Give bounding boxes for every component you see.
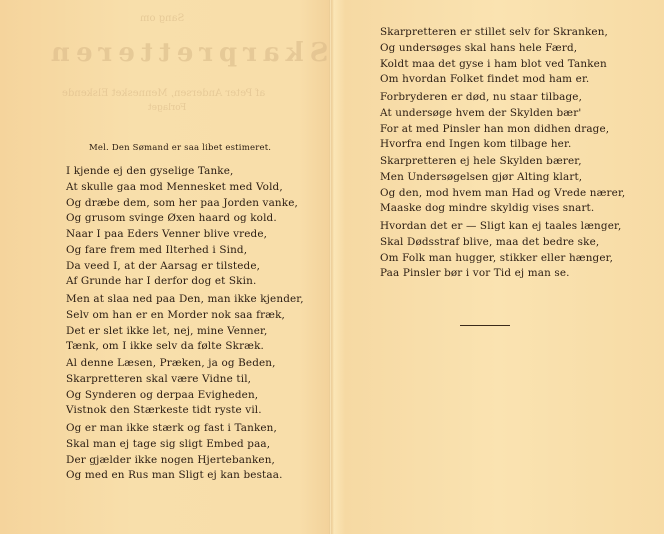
right-stanza-4: Hvordan det er — Sligt kan ej taales læn…	[380, 219, 621, 282]
melody-note: Mel. Den Sømand er saa libet estimeret.	[89, 143, 271, 153]
bleed-through-subtitle: af Peter Andersen, Mennesket Elskende	[62, 88, 265, 99]
stanza-3: Men at slaa ned paa Den, man ikke kjende…	[66, 292, 304, 355]
verse-line: Og fare frem med Ilterhed i Sind,	[66, 243, 267, 259]
verse-line: Der gjælder ikke nogen Hjertebanken,	[66, 453, 283, 469]
right-stanza-3: Skarpretteren ej hele Skylden bærer, Men…	[380, 154, 625, 217]
verse-line: Forbryderen er død, nu staar tilbage,	[380, 90, 609, 106]
verse-line: Da veed I, at der Aarsag er tilstede,	[66, 259, 267, 275]
verse-line: Og undersøges skal hans hele Færd,	[380, 41, 608, 57]
verse-line: Koldt maa det gyse i ham blot ved Tanken	[380, 57, 608, 73]
right-stanza-1: Skarpretteren er stillet selv for Skrank…	[380, 25, 608, 88]
verse-line: Og er man ikke stærk og fast i Tanken,	[66, 421, 283, 437]
verse-line: At skulle gaa mod Mennesket med Vold,	[66, 180, 298, 196]
stanza-2: Naar I paa Eders Venner blive vrede, Og …	[66, 227, 267, 290]
bleed-through-small: Sang om	[140, 13, 184, 24]
verse-line: Om Folk man hugger, stikker eller hænger…	[380, 251, 621, 267]
stanza-4: Al denne Læsen, Præken, ja og Beden, Ska…	[66, 356, 276, 419]
verse-line: Naar I paa Eders Venner blive vrede,	[66, 227, 267, 243]
verse-line: Og dræbe dem, som her paa Jorden vanke,	[66, 196, 298, 212]
verse-line: Tænk, om I ikke selv da følte Skræk.	[66, 339, 304, 355]
verse-line: Vistnok den Stærkeste tidt ryste vil.	[66, 403, 276, 419]
verse-line: Skal Dødsstraf blive, maa det bedre ske,	[380, 235, 621, 251]
verse-line: Men Undersøgelsen gjør Alting klart,	[380, 170, 625, 186]
verse-line: Paa Pinsler bør i vor Tid ej man se.	[380, 266, 621, 282]
verse-line: Al denne Læsen, Præken, ja og Beden,	[66, 356, 276, 372]
verse-line: Men at slaa ned paa Den, man ikke kjende…	[66, 292, 304, 308]
verse-line: Af Grunde har I derfor dog et Skin.	[66, 274, 267, 290]
stanza-5: Og er man ikke stærk og fast i Tanken, S…	[66, 421, 283, 484]
right-stanza-2: Forbryderen er død, nu staar tilbage, At…	[380, 90, 609, 153]
document-spread: Sang om Skarpretteren af Peter Andersen,…	[0, 0, 664, 534]
end-horizontal-rule	[460, 325, 510, 326]
verse-line: Selv om han er en Morder nok saa fræk,	[66, 308, 304, 324]
verse-line: Og den, mod hvem man Had og Vrede nærer,	[380, 186, 625, 202]
verse-line: Det er slet ikke let, nej, mine Venner,	[66, 324, 304, 340]
verse-line: Om hvordan Folket findet mod ham er.	[380, 72, 608, 88]
verse-line: For at med Pinsler han mon didhen drage,	[380, 122, 609, 138]
left-page: Sang om Skarpretteren af Peter Andersen,…	[0, 0, 330, 534]
verse-line: Skal man ej tage sig sligt Embed paa,	[66, 437, 283, 453]
verse-line: At undersøge hvem der Skylden bær'	[380, 106, 609, 122]
verse-line: Og grusom svinge Øxen haard og kold.	[66, 211, 298, 227]
bleed-through-subtitle2: Forlaget	[148, 103, 186, 113]
bleed-through-title: Skarpretteren	[45, 38, 328, 68]
verse-line: Maaske dog mindre skyldig vises snart.	[380, 201, 625, 217]
verse-line: Hvorfra end Ingen kom tilbage her.	[380, 137, 609, 153]
stanza-1: I kjende ej den gyselige Tanke, At skull…	[66, 164, 298, 227]
verse-line: Hvordan det er — Sligt kan ej taales læn…	[380, 219, 621, 235]
verse-line: Og med en Rus man Sligt ej kan bestaa.	[66, 468, 283, 484]
verse-line: I kjende ej den gyselige Tanke,	[66, 164, 298, 180]
verse-line: Skarpretteren ej hele Skylden bærer,	[380, 154, 625, 170]
verse-line: Skarpretteren skal være Vidne til,	[66, 372, 276, 388]
verse-line: Skarpretteren er stillet selv for Skrank…	[380, 25, 608, 41]
verse-line: Og Synderen og derpaa Evigheden,	[66, 388, 276, 404]
